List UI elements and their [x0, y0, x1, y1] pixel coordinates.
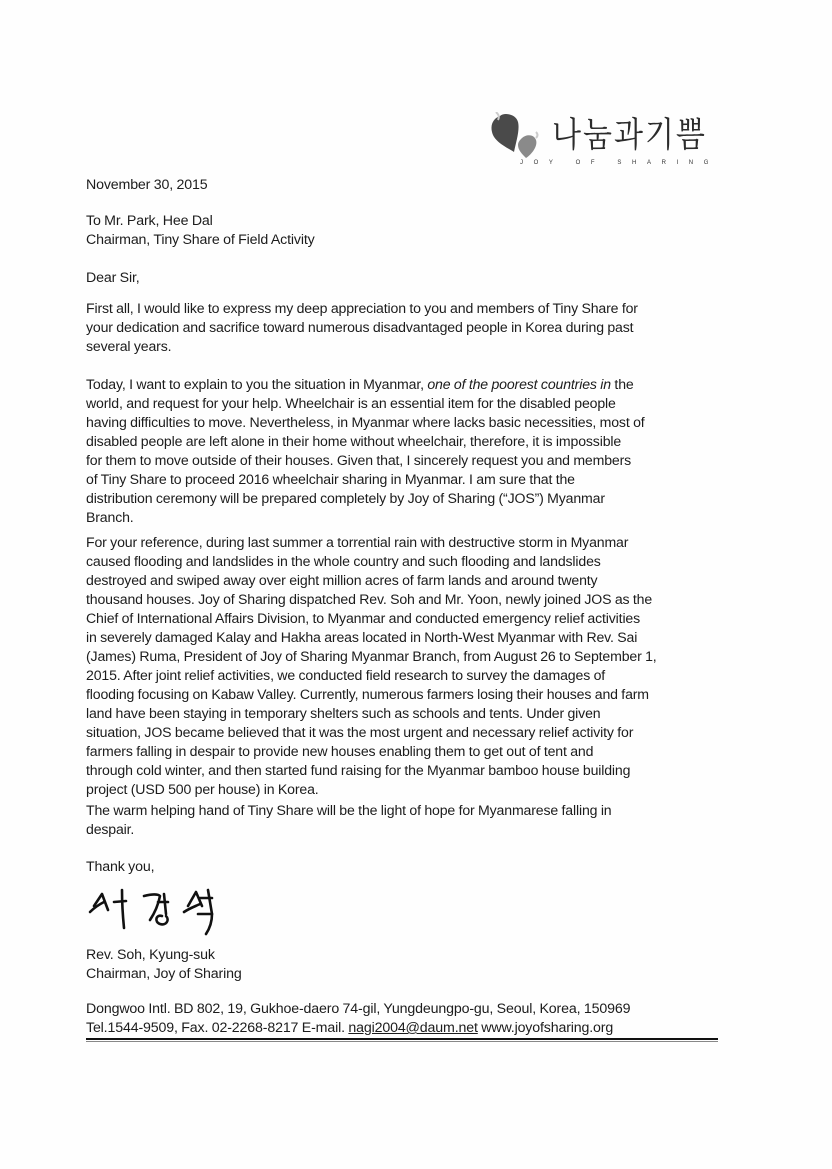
- paragraph-wheelchair-request: Today, I want to explain to you the situ…: [86, 376, 726, 528]
- paragraph-line: caused flooding and landslides in the wh…: [86, 553, 722, 572]
- text-segment: Today, I want to explain to you the situ…: [86, 377, 427, 393]
- paragraph-closing-hope: The warm helping hand of Tiny Share will…: [86, 802, 726, 840]
- italic-emphasis: one of the poorest countries in: [427, 377, 611, 393]
- paragraph-appreciation: First all, I would like to express my de…: [86, 300, 726, 357]
- paragraph-line: through cold winter, and then started fu…: [86, 762, 722, 781]
- closing: Thank you,: [86, 858, 154, 877]
- paragraph-line: disabled people are left alone in their …: [86, 433, 722, 452]
- paragraph-line: project (USD 500 per house) in Korea.: [86, 781, 722, 800]
- paragraph-line: Branch.: [86, 509, 722, 528]
- paragraph-line: First all, I would like to express my de…: [86, 300, 722, 319]
- footer-tel-fax: Tel.1544-9509, Fax. 02-2268-8217 E-mail.: [86, 1020, 348, 1036]
- paragraph-line: destroyed and swiped away over eight mil…: [86, 572, 722, 591]
- paragraph-line: land have been staying in temporary shel…: [86, 705, 722, 724]
- signer-title: Chairman, Joy of Sharing: [86, 965, 242, 984]
- paragraph-line: world, and request for your help. Wheelc…: [86, 395, 722, 414]
- handwritten-signature-icon: [88, 884, 268, 944]
- paragraph-line: despair.: [86, 821, 722, 840]
- paragraph-line: of Tiny Share to proceed 2016 wheelchair…: [86, 471, 722, 490]
- letter-date: November 30, 2015: [86, 176, 207, 195]
- footer: Dongwoo Intl. BD 802, 19, Gukhoe-daero 7…: [86, 1000, 630, 1038]
- paragraph-line: farmers falling in despair to provide ne…: [86, 743, 722, 762]
- paragraph-line: The warm helping hand of Tiny Share will…: [86, 802, 722, 821]
- footer-divider: [86, 1038, 718, 1040]
- paragraph-line: (James) Ruma, President of Joy of Sharin…: [86, 648, 722, 667]
- recipient-title: Chairman, Tiny Share of Field Activity: [86, 231, 315, 250]
- letter-page: 나눔과기쁨 JOY OF SHARING November 30, 2015 T…: [0, 0, 832, 1169]
- paragraph-line: having difficulties to move. Nevertheles…: [86, 414, 722, 433]
- joy-of-sharing-logo: 나눔과기쁨 JOY OF SHARING: [490, 104, 725, 174]
- paragraph-line: thousand houses. Joy of Sharing dispatch…: [86, 591, 722, 610]
- paragraph-line: flooding focusing on Kabaw Valley. Curre…: [86, 686, 722, 705]
- paragraph-flood-relief: For your reference, during last summer a…: [86, 534, 726, 800]
- paragraph-line: situation, JOS became believed that it w…: [86, 724, 722, 743]
- logo-korean-text: 나눔과기쁨: [552, 106, 707, 157]
- footer-contact: Tel.1544-9509, Fax. 02-2268-8217 E-mail.…: [86, 1019, 630, 1038]
- footer-website: www.joyofsharing.org: [478, 1020, 613, 1036]
- footer-divider-shadow: [86, 1041, 718, 1042]
- signer-name: Rev. Soh, Kyung-suk: [86, 946, 242, 965]
- two-hearts-icon: [490, 112, 550, 162]
- paragraph-line: several years.: [86, 338, 722, 357]
- paragraph-line: 2015. After joint relief activities, we …: [86, 667, 722, 686]
- logo-english-text: JOY OF SHARING: [520, 160, 719, 166]
- footer-email-link[interactable]: nagi2004@daum.net: [348, 1020, 477, 1036]
- salutation: Dear Sir,: [86, 269, 140, 288]
- paragraph-line: your dedication and sacrifice toward num…: [86, 319, 722, 338]
- signer-block: Rev. Soh, Kyung-suk Chairman, Joy of Sha…: [86, 946, 242, 984]
- paragraph-line: for them to move outside of their houses…: [86, 452, 722, 471]
- paragraph-line: Chief of International Affairs Division,…: [86, 610, 722, 629]
- paragraph-line: For your reference, during last summer a…: [86, 534, 722, 553]
- paragraph-line: in severely damaged Kalay and Hakha area…: [86, 629, 722, 648]
- recipient-name: To Mr. Park, Hee Dal: [86, 212, 315, 231]
- recipient-block: To Mr. Park, Hee Dal Chairman, Tiny Shar…: [86, 212, 315, 250]
- paragraph-line: distribution ceremony will be prepared c…: [86, 490, 722, 509]
- text-segment: the: [611, 377, 634, 393]
- paragraph-line: Today, I want to explain to you the situ…: [86, 376, 722, 395]
- footer-address: Dongwoo Intl. BD 802, 19, Gukhoe-daero 7…: [86, 1000, 630, 1019]
